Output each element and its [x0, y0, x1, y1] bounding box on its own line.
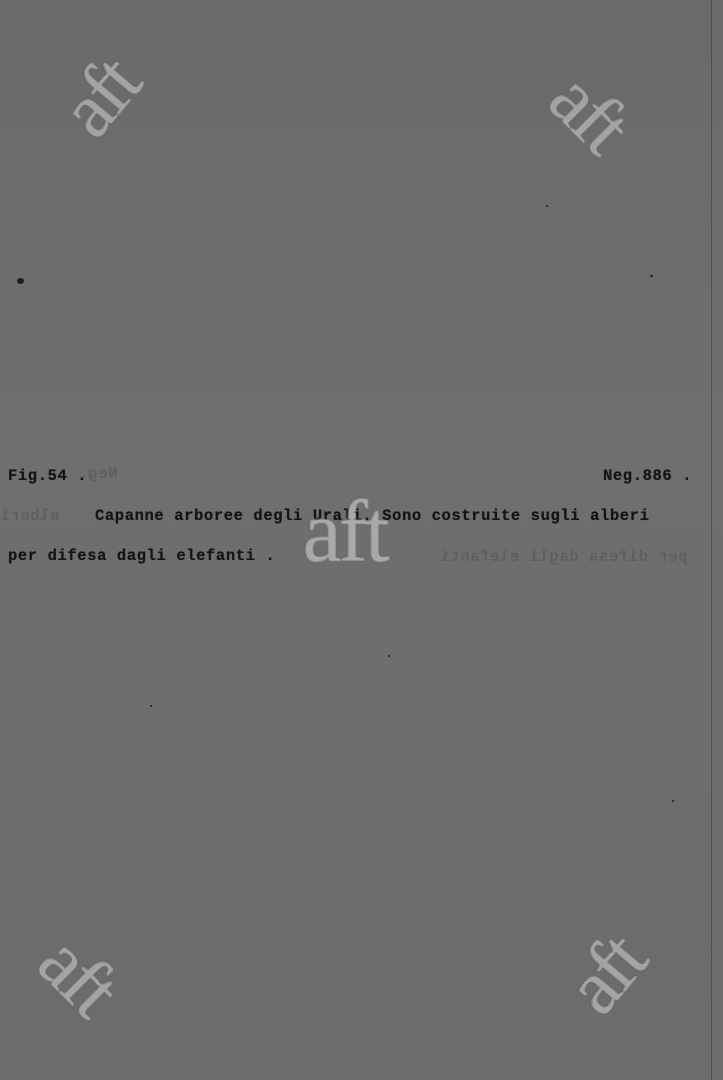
scan-edge-line	[711, 0, 712, 1080]
ink-speck	[546, 205, 548, 207]
ink-speck	[672, 800, 674, 802]
bleed-through-text: per difesa dagli elefanti	[440, 548, 688, 566]
watermark-logo: aft	[25, 921, 132, 1028]
ink-speck	[650, 275, 653, 277]
ink-speck	[388, 655, 390, 657]
negative-label: Neg.886 .	[603, 467, 692, 485]
scanned-document-page: per difesa dagli elefanti Neg. alberi Fi…	[0, 0, 723, 1080]
caption-line-2: per difesa dagli elefanti .	[8, 547, 275, 565]
ink-speck	[17, 278, 24, 284]
watermark-logo: aft	[45, 44, 152, 150]
watermark-logo: aft	[302, 488, 386, 576]
watermark-logo: aft	[551, 921, 658, 1027]
watermark-logo: aft	[536, 58, 643, 165]
ink-speck	[150, 705, 152, 707]
bleed-through-text: alberi	[0, 507, 59, 525]
figure-label: Fig.54 .	[8, 467, 87, 485]
